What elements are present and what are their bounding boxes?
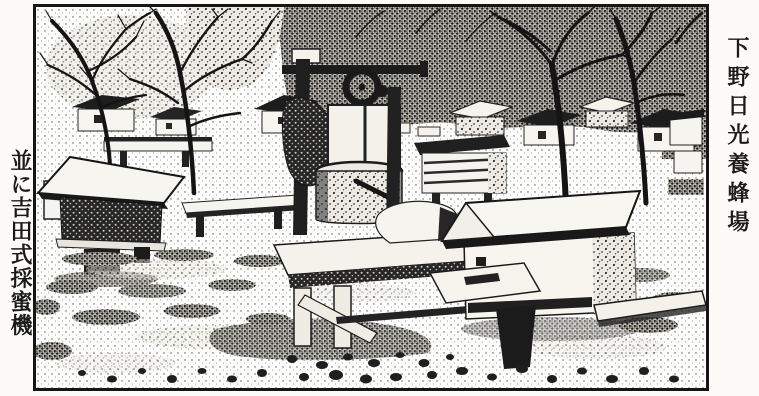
- caption-right-vertical: 下野日光養蜂場: [719, 36, 753, 286]
- apiary-photograph: [33, 4, 709, 391]
- apiary-scene-illustration: [36, 7, 706, 388]
- scanned-book-page: 並に吉田式採蜜機: [0, 0, 759, 396]
- caption-left-vertical: 並に吉田式採蜜機: [4, 149, 36, 379]
- hive-entrance: [476, 257, 486, 266]
